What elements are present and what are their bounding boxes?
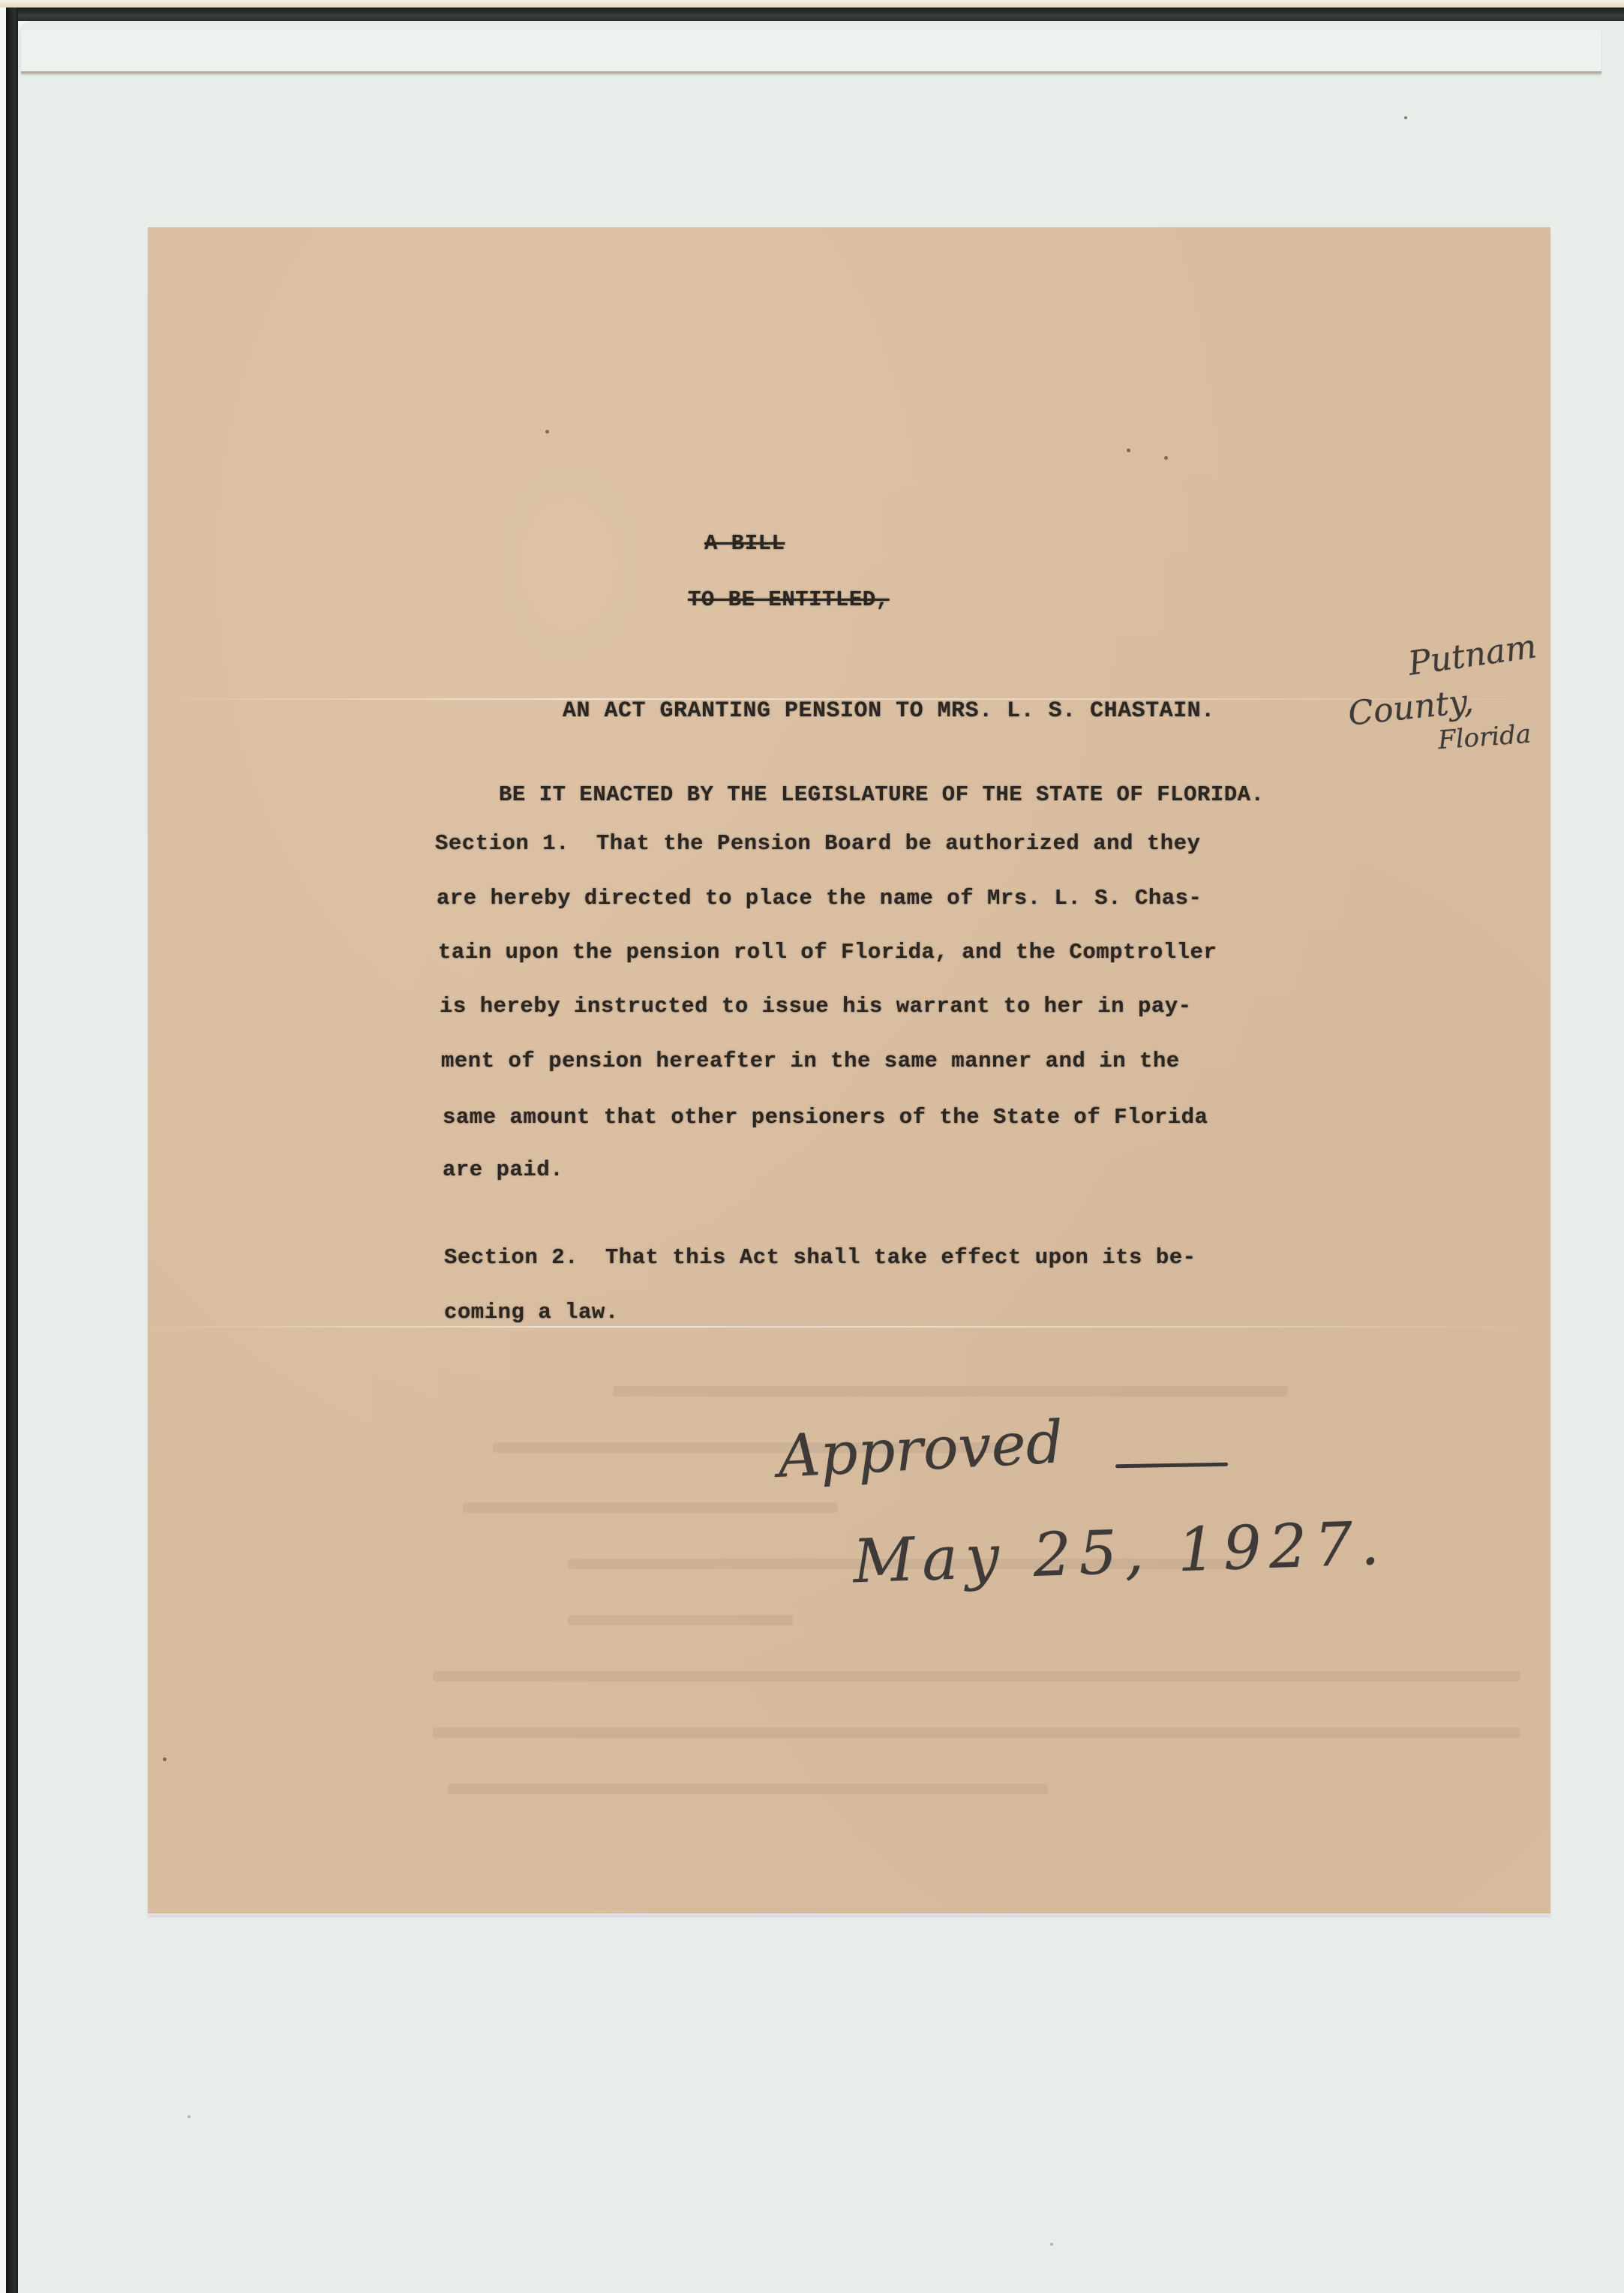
scan-top-edge — [0, 0, 1624, 8]
section1-line: are hereby directed to place the name of… — [437, 886, 1202, 911]
heading-to-be-entitled: TO BE ENTITLED, — [688, 587, 890, 612]
margin-note-putnam: Putnam — [1406, 627, 1538, 683]
enacting-clause: BE IT ENACTED BY THE LEGISLATURE OF THE … — [499, 782, 1264, 807]
bleed-through-text — [463, 1502, 838, 1513]
bleed-through-text — [613, 1386, 1288, 1397]
approval-date: May 25, 1927. — [852, 1508, 1388, 1597]
section1-line: is hereby instructed to issue his warran… — [440, 994, 1192, 1019]
section2-line: coming a law. — [444, 1300, 619, 1325]
section1-line: ment of pension hereafter in the same ma… — [441, 1049, 1180, 1073]
section1-line: same amount that other pensioners of the… — [443, 1105, 1208, 1130]
approval-label: Approved — [776, 1409, 1065, 1491]
approval-underline — [1115, 1463, 1228, 1469]
paper-speck — [1164, 456, 1168, 460]
mount-speck — [1404, 116, 1407, 119]
section2-line: Section 2. That this Act shall take effe… — [444, 1245, 1196, 1270]
margin-note-florida: Florida — [1437, 719, 1532, 756]
mount-speck — [1050, 2243, 1053, 2246]
section1-line: are paid. — [443, 1157, 563, 1182]
mount-top-strip — [21, 30, 1601, 74]
frame-left-border — [6, 8, 18, 2293]
mount-speck — [188, 2115, 191, 2118]
section1-line: tain upon the pension roll of Florida, a… — [438, 940, 1217, 965]
frame-top-border — [6, 8, 1624, 21]
paper-speck — [1127, 449, 1130, 452]
paper-speck — [163, 1757, 167, 1761]
bleed-through-text — [568, 1615, 793, 1625]
bleed-through-text — [433, 1671, 1520, 1682]
document-page: A BILL TO BE ENTITLED, AN ACT GRANTING P… — [148, 227, 1550, 1913]
heading-a-bill: A BILL — [704, 531, 785, 556]
section1-line: Section 1. That the Pension Board be aut… — [435, 831, 1200, 856]
act-title: AN ACT GRANTING PENSION TO MRS. L. S. CH… — [563, 698, 1215, 724]
fold-line — [148, 1326, 1550, 1328]
bleed-through-text — [433, 1727, 1520, 1738]
bleed-through-text — [448, 1784, 1048, 1794]
paper-speck — [545, 430, 549, 434]
